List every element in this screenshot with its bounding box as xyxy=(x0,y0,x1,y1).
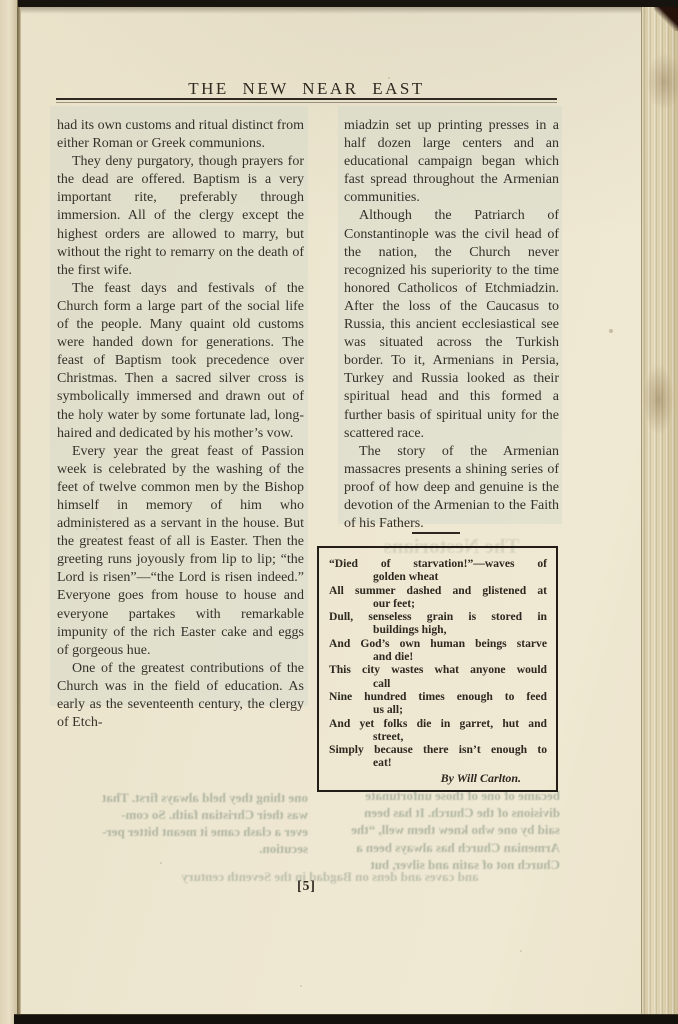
poem-line: This city wastes what anyone would xyxy=(329,663,547,676)
poem-line: “Died of starvation!”—waves of xyxy=(329,557,547,570)
poem-line: us all; xyxy=(329,703,547,716)
poem-line: All summer dashed and glistened at xyxy=(329,584,547,597)
poem-line: buildings high, xyxy=(329,623,547,636)
paragraph: They deny purgatory, though prayers for … xyxy=(57,153,304,280)
poem-line: and die! xyxy=(329,650,547,663)
bleedthrough-line: ever a clash came it meant bitter per- xyxy=(58,823,308,840)
bleedthrough-line: said by one who knew them well, “the xyxy=(332,821,560,838)
poem-line: eat! xyxy=(329,756,547,769)
text-column-left: had its own customs and ritual distinct … xyxy=(57,117,304,732)
bleedthrough-text-right: became of one of those unfortunatedivisi… xyxy=(332,787,560,873)
poem-line: Dull, senseless grain is stored in xyxy=(329,610,547,623)
poem-line: Simply because there isn’t enough to xyxy=(329,743,547,756)
bleedthrough-line: was their Christian faith. So com- xyxy=(58,806,308,823)
bleedthrough-line: one thing they held always first. That xyxy=(58,789,308,806)
bleedthrough-line: divisions of the Church. It has been xyxy=(332,804,560,821)
binding-fold-shadow xyxy=(17,0,21,1024)
page-number: [5] xyxy=(56,878,557,894)
paragraph: had its own customs and ritual distinct … xyxy=(57,117,304,153)
book-page-edges-right xyxy=(641,0,678,1024)
poem-box: “Died of starvation!”—waves ofgolden whe… xyxy=(317,546,558,792)
page-top-shadow xyxy=(18,7,678,14)
poem-line: And God’s own human beings starve xyxy=(329,637,547,650)
poem-line: our feet; xyxy=(329,597,547,610)
poem-attribution: By Will Carlton. xyxy=(329,772,547,785)
scan-edge-bottom xyxy=(14,1014,678,1024)
poem-lines: “Died of starvation!”—waves ofgolden whe… xyxy=(329,557,547,770)
bleedthrough-line: secution. xyxy=(58,840,308,857)
section-divider-rule xyxy=(412,532,460,534)
paragraph: One of the greatest contributions of the… xyxy=(57,660,304,732)
bleedthrough-text-left: one thing they held always first. Thatwa… xyxy=(58,789,308,857)
paragraph: Every year the great feast of Passion we… xyxy=(57,443,304,660)
paragraph: Although the Patriarch of Constantinople… xyxy=(344,207,559,442)
bleedthrough-line: Armenian Church has always been a xyxy=(332,839,560,856)
text-column-right: miadzin set up printing presses in a hal… xyxy=(344,117,559,533)
running-head-title: THE NEW NEAR EAST xyxy=(56,79,557,99)
poem-line: golden wheat xyxy=(329,570,547,583)
underlying-page-edge-left xyxy=(0,0,17,1024)
poem-line: And yet folks die in garret, hut and xyxy=(329,717,547,730)
scanned-book-page: The Nestorians one thing they held alway… xyxy=(0,0,678,1024)
paragraph: miadzin set up printing presses in a hal… xyxy=(344,117,559,207)
paragraph: The story of the Armenian massacres pres… xyxy=(344,443,559,533)
paragraph: The feast days and festivals of the Chur… xyxy=(57,280,304,443)
poem-line: street, xyxy=(329,730,547,743)
poem-line: Nine hundred times enough to feed xyxy=(329,690,547,703)
scan-edge-top xyxy=(18,0,678,7)
poem-line: call xyxy=(329,677,547,690)
header-rule xyxy=(56,98,557,106)
cover-corner-dark xyxy=(654,7,678,31)
